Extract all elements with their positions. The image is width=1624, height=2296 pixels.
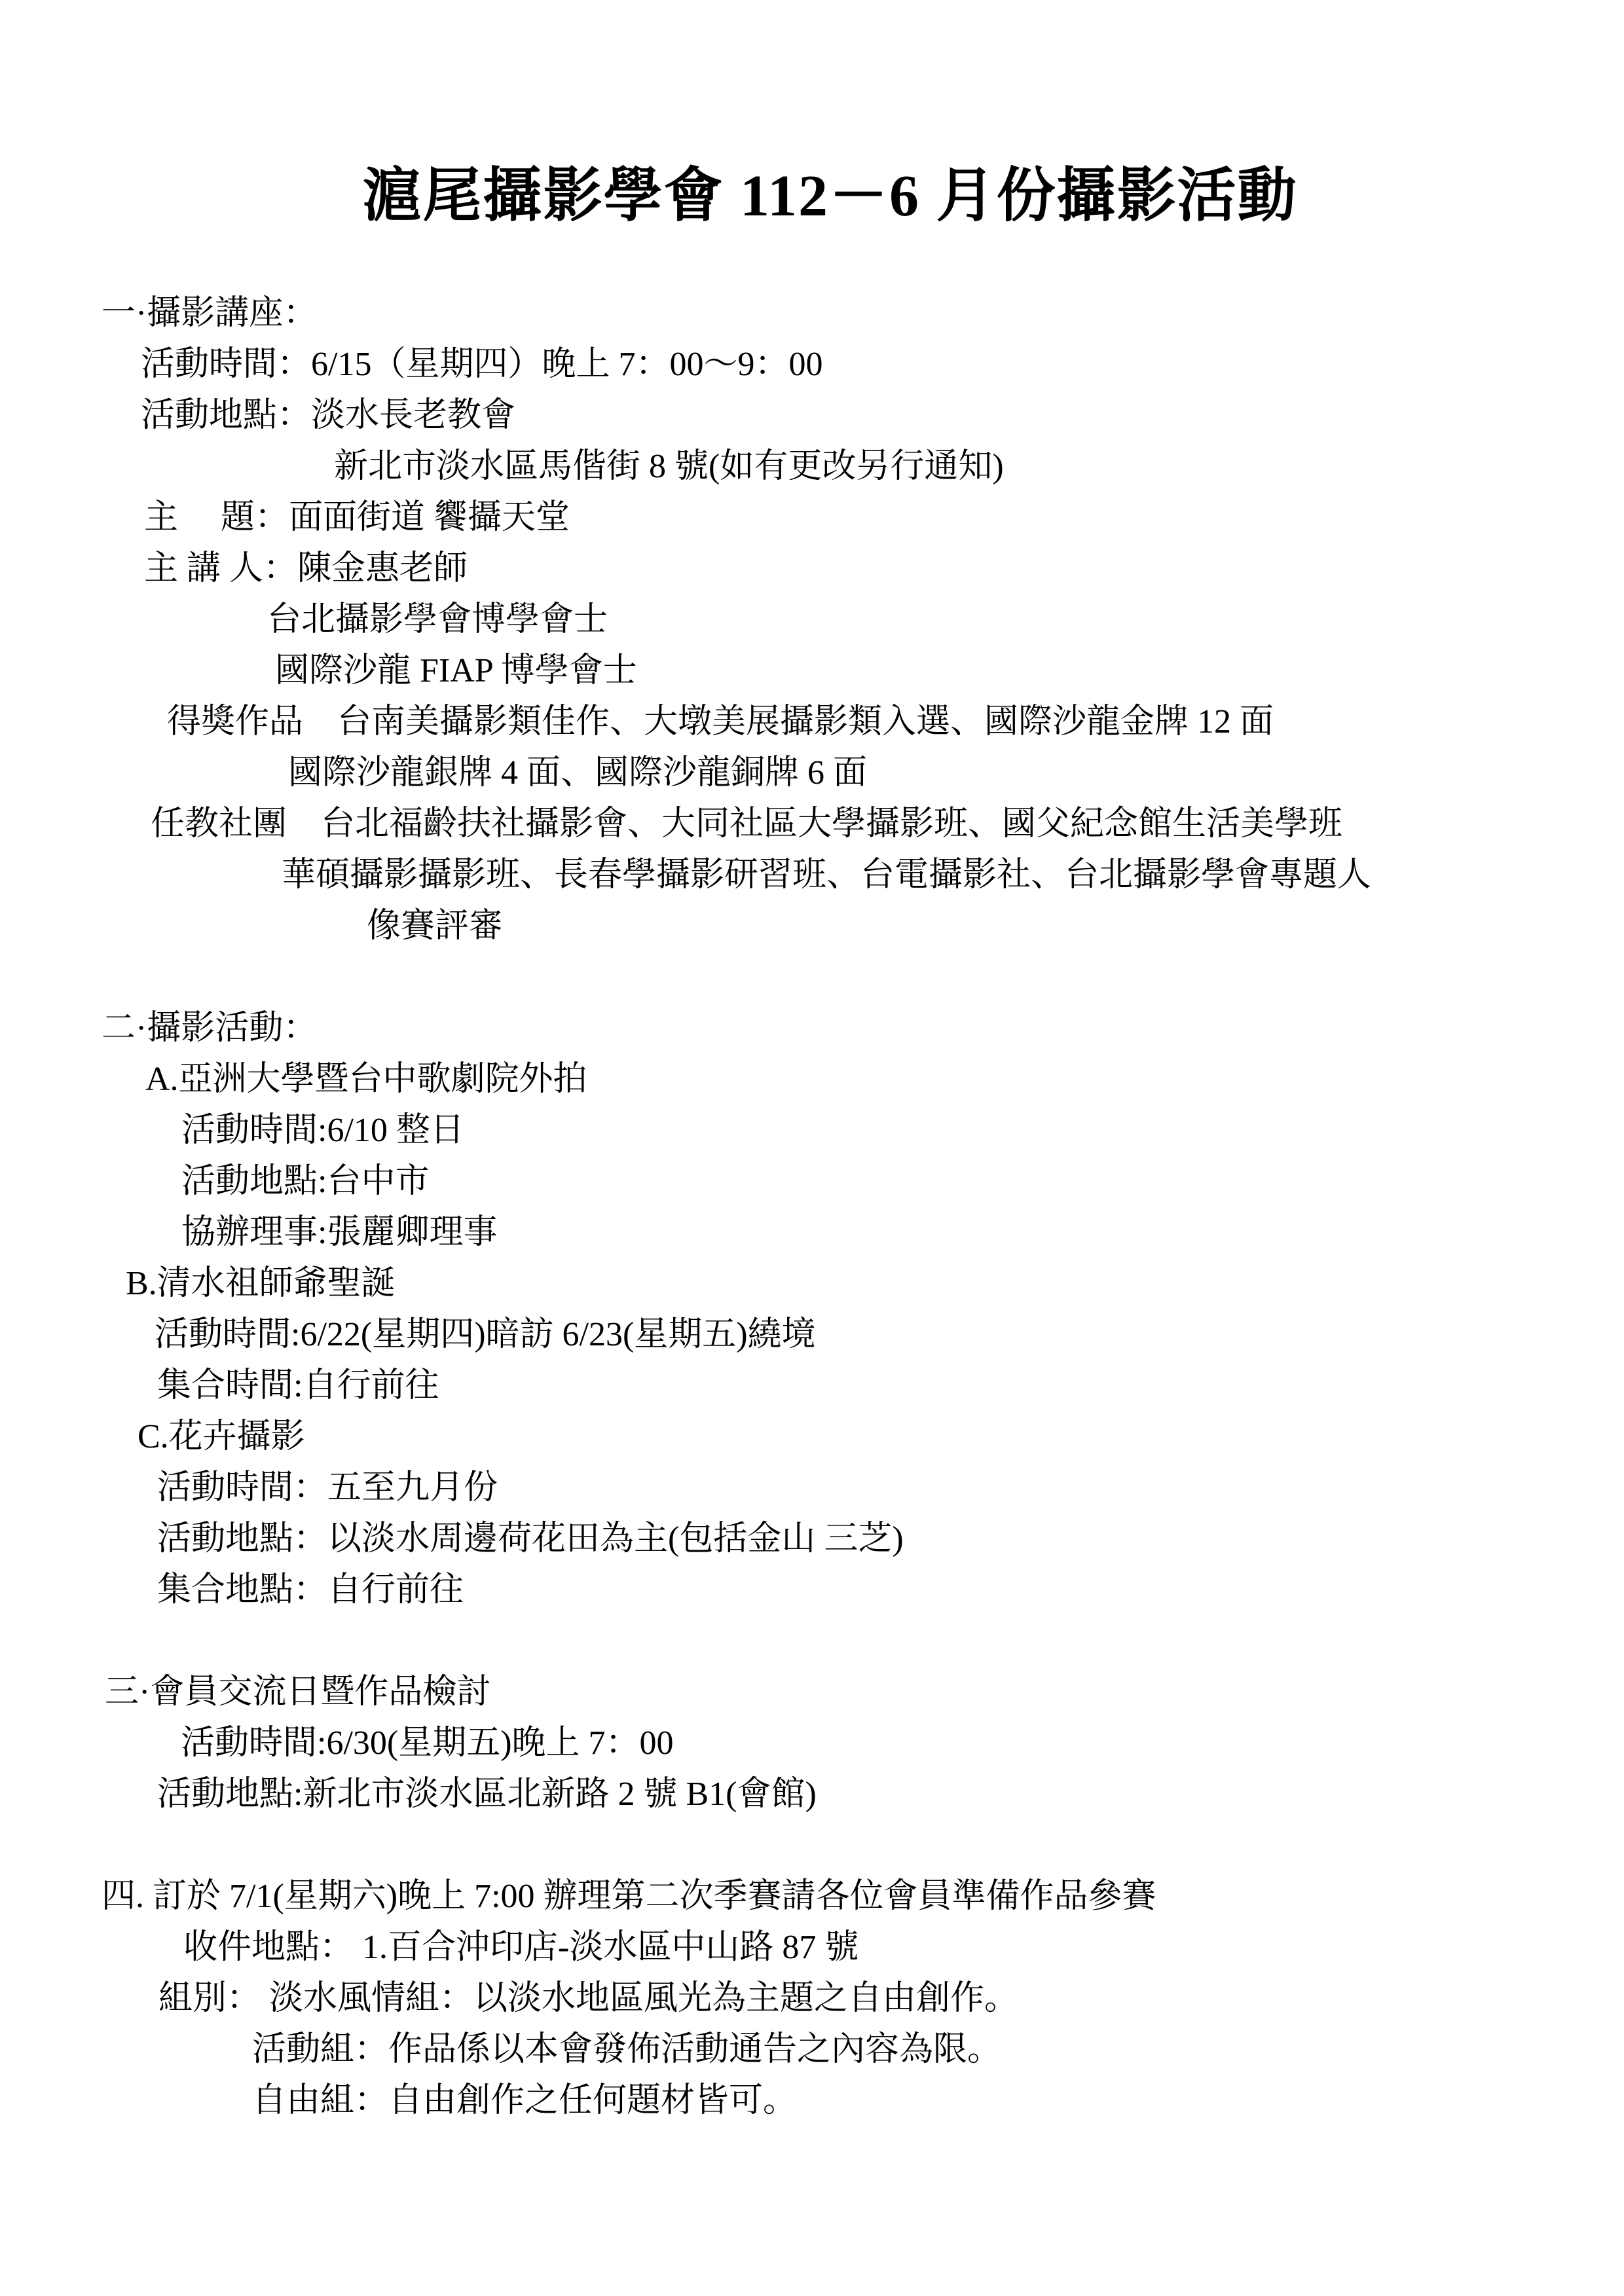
contest-group-tamsui: 組別： 淡水風情組：以淡水地區風光為主題之自由創作。 xyxy=(158,1973,1559,2024)
lecture-time: 活動時間：6/15（星期四）晚上 7：00～9：00 xyxy=(141,339,1559,390)
document-page: 滬尾攝影學會 112－6 月份攝影活動 一·攝影講座： 活動時間：6/15（星期… xyxy=(0,0,1624,2296)
activity-a-location: 活動地點:台中市 xyxy=(181,1156,1559,1207)
speaker-awards-2: 國際沙龍銀牌 4 面、國際沙龍銅牌 6 面 xyxy=(288,748,1559,799)
speaker-credential-1: 台北攝影學會博學會士 xyxy=(267,594,1559,646)
lecture-address: 新北市淡水區馬偕街 8 號(如有更改另行通知) xyxy=(334,441,1559,492)
contest-group-activity: 活動組：作品係以本會發佈活動通告之內容為限。 xyxy=(252,2024,1559,2075)
blank-line xyxy=(101,1820,1559,1871)
activity-c-title: C.花卉攝影 xyxy=(138,1412,1559,1463)
activity-b-assembly: 集合時間:自行前往 xyxy=(157,1360,1559,1412)
blank-line xyxy=(101,952,1559,1003)
activity-c-time: 活動時間：五至九月份 xyxy=(157,1463,1559,1514)
lecture-speaker: 主 講 人：陳金惠老師 xyxy=(144,543,1559,594)
activity-a-time: 活動時間:6/10 整日 xyxy=(181,1105,1559,1156)
heading-activities: 二·攝影活動： xyxy=(101,1003,1559,1054)
activity-c-assembly: 集合地點：自行前往 xyxy=(157,1565,1559,1616)
member-day-time: 活動時間:6/30(星期五)晚上 7：00 xyxy=(181,1718,1559,1769)
speaker-teaching-2: 華碩攝影攝影班、長春學攝影研習班、台電攝影社、台北攝影學會專題人 xyxy=(282,850,1559,901)
blank-line xyxy=(101,1616,1559,1667)
activity-b-time: 活動時間:6/22(星期四)暗訪 6/23(星期五)繞境 xyxy=(155,1309,1559,1360)
member-day-location: 活動地點:新北市淡水區北新路 2 號 B1(會館) xyxy=(157,1769,1559,1820)
activity-c-location: 活動地點：以淡水周邊荷花田為主(包括金山 三芝) xyxy=(157,1514,1559,1565)
speaker-credential-2: 國際沙龍 FIAP 博學會士 xyxy=(275,646,1559,697)
heading-member-day: 三·會員交流日暨作品檢討 xyxy=(105,1667,1559,1718)
contest-group-free: 自由組：自由創作之任何題材皆可。 xyxy=(252,2075,1559,2126)
activity-a-title: A.亞洲大學暨台中歌劇院外拍 xyxy=(145,1054,1559,1105)
contest-submission-location: 收件地點： 1.百合沖印店-淡水區中山路 87 號 xyxy=(183,1922,1559,1973)
heading-quarterly-contest: 四. 訂於 7/1(星期六)晚上 7:00 辦理第二次季賽請各位會員準備作品參賽 xyxy=(101,1871,1559,1922)
speaker-teaching-1: 任教社團 台北福齡扶社攝影會、大同社區大學攝影班、國父紀念館生活美學班 xyxy=(151,799,1559,850)
lecture-location: 活動地點：淡水長老教會 xyxy=(141,390,1559,441)
activity-b-title: B.清水祖師爺聖誕 xyxy=(126,1258,1559,1309)
lecture-topic: 主 題：面面街道 饗攝天堂 xyxy=(144,492,1559,543)
page-title: 滬尾攝影學會 112－6 月份攝影活動 xyxy=(101,157,1559,236)
activity-a-coorganizer: 協辦理事:張麗卿理事 xyxy=(181,1207,1559,1258)
speaker-awards-1: 得獎作品 台南美攝影類佳作、大墩美展攝影類入選、國際沙龍金牌 12 面 xyxy=(167,697,1559,748)
heading-lecture: 一·攝影講座： xyxy=(101,288,1559,339)
speaker-teaching-3: 像賽評審 xyxy=(367,901,1559,952)
